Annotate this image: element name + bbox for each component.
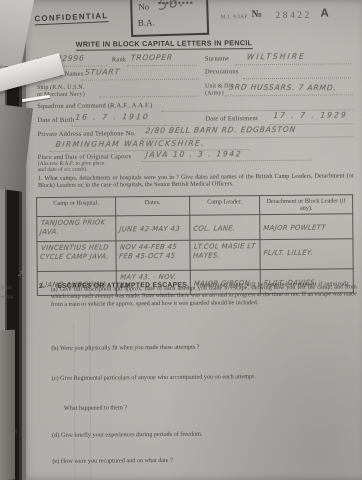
field-line (225, 93, 353, 96)
margin-fragment: (e) (9, 456, 15, 462)
confidential-stamp: CONFIDENTIAL (34, 11, 108, 25)
mi9-stamp: M.I. 9/JAP (220, 14, 247, 20)
block-leader-cell: FL/LT. LILLEY. (263, 248, 314, 257)
field-enlist-value: 17 . 7 . 1929 (273, 110, 348, 120)
question-2a-text: (a) Give full description and approx. da… (51, 284, 357, 309)
col-camp-leader: Camp Leader. (190, 196, 260, 216)
question-2e-text: (e) How were you recaptured and on what … (52, 455, 352, 465)
field-decorations-label: Decorations (205, 68, 239, 75)
registry-number: 28422 (275, 11, 311, 21)
ba-label: B.A. (138, 17, 155, 28)
question-2d-text: (d) Give briefly your experiences during… (52, 429, 352, 439)
section-2-number: 2. (39, 283, 45, 290)
table-row: TANJOONG PRIOK JAVA. JUNE 42-MAY 43 COL.… (37, 214, 353, 241)
ba-number-box: No 56. B.A. (130, 0, 210, 37)
question-1-text: 1. What camps, detachments or hospitals … (38, 172, 354, 190)
field-ship-label-1: Ship (R.N., U.S.N. (37, 85, 84, 91)
field-unit-value: 3RD HUSSARS. 7 ARMD. (229, 82, 337, 92)
field-capture-sub-2: and date of a/c crash). (38, 167, 88, 173)
block-leader-cell: MAJOR POWLETT (263, 224, 326, 233)
leader-cell: COL. LANE. (193, 224, 236, 233)
field-address-label: Private Address and Telephone No. (37, 130, 135, 138)
question-2b-text: (b) Were you physically fit when you mad… (51, 342, 351, 352)
dates-cell: JUNE 42-MAY 43 (119, 225, 181, 234)
field-squadron-label: Squadron and Command (R.A.F., A.A.F.) (37, 102, 152, 110)
scanned-document: CONFIDENTIAL No 56. B.A. M.I. 9/JAP № 28… (0, 0, 362, 480)
dates-cell: NOV 44-FEB 45 FEB 45-OCT 45 (119, 242, 188, 260)
margin-fragment: from (1, 285, 12, 291)
col-dates: Dates. (116, 196, 190, 216)
field-line (235, 62, 351, 65)
field-dob-label: Date of Birth (37, 117, 74, 124)
field-unit-label-2: (Army) (205, 90, 224, 96)
field-line (81, 78, 199, 81)
field-enlist-label: Date of Enlistment (205, 115, 258, 122)
field-line (127, 64, 197, 67)
field-surname-value: WILTSHIRE (246, 52, 306, 62)
field-address-value-1: 2/80 BELL BARN RD. EDGBASTON (145, 125, 296, 135)
col-camp-or-hospital: Camp or Hospital. (37, 197, 116, 217)
field-line (99, 95, 199, 98)
field-line (243, 76, 351, 79)
margin-fragment: (d) (11, 429, 17, 435)
registry-no-symbol: № (251, 9, 262, 20)
camp-cell: TANJOONG PRIOK JAVA. (39, 218, 113, 236)
field-address-value-2: BIRMINGHAM WARWICKSHIRE. (55, 139, 205, 149)
field-rank-value: TROOPER (130, 53, 173, 62)
ba-number-value: 56. (158, 0, 185, 14)
field-line (142, 159, 312, 162)
field-christian-value: STUART (85, 67, 121, 76)
field-surname-label: Surname (205, 55, 230, 62)
ba-no-label: No (138, 1, 149, 11)
margin-page-number: 2. (18, 270, 27, 278)
table-row: VINCENTIUS HELD CYCLE CAMP JAVA. NOV 44-… (37, 238, 353, 271)
field-rank-label: Rank (112, 56, 127, 63)
block-capitals-instruction: WRITE IN BLOCK CAPITAL LETTERS IN PENCIL (76, 38, 253, 51)
col-detachment-leader: Detachment or Block Leader (if any). (260, 195, 353, 215)
series-letter: A (320, 8, 328, 20)
question-2c-text: (c) Give Regimental particulars of anyon… (52, 372, 352, 382)
leader-cell: LT.COL MASIE LT HAYES. (193, 242, 258, 260)
question-2c-followup-text: What happened to them ? (64, 403, 324, 413)
form-page: CONFIDENTIAL No 56. B.A. M.I. 9/JAP № 28… (22, 0, 362, 480)
camp-cell: VINCENTIUS HELD CYCLE CAMP JAVA. (40, 243, 114, 261)
field-dob-value: 16 . 7 . 1910 (75, 112, 150, 122)
field-capture-value: JAVA 10 . 3 . 1942 (145, 149, 242, 159)
margin-fragment: escap (1, 294, 13, 300)
